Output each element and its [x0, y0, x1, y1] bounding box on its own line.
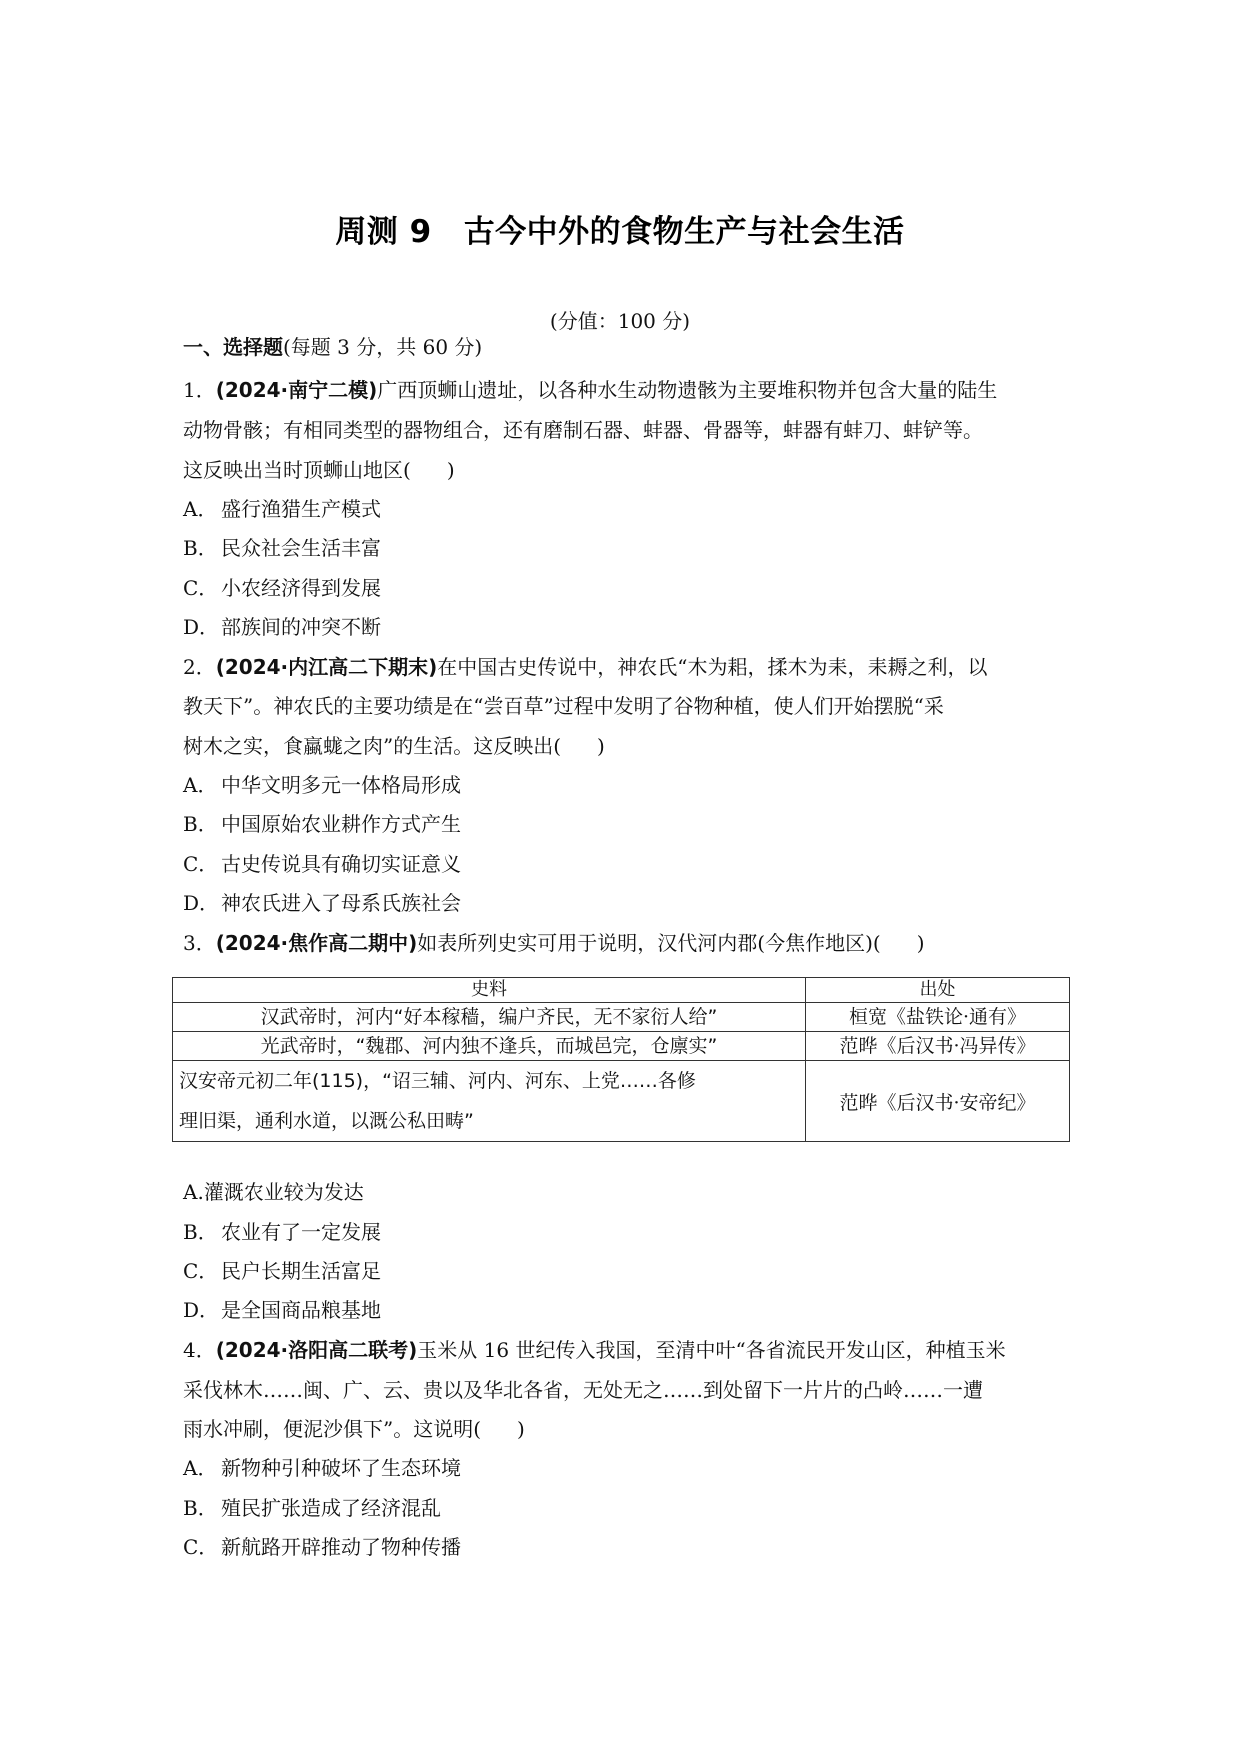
question-1-line-2: 动物骨骸；有相同类型的器物组合，还有磨制石器、蚌器、骨器等，蚌器有蚌刀、蚌铲等。 — [183, 418, 983, 442]
section-heading: 一、选择题 — [183, 335, 283, 359]
question-2-line-2: 教天下”。神农氏的主要功绩是在“尝百草”过程中发明了谷物种植，使人们开始摆脱“采 — [183, 694, 944, 718]
option-b[interactable]: B．中国原始农业耕作方式产生 — [183, 812, 461, 836]
table-header-row: 史料 出处 — [173, 978, 1070, 1003]
title-prefix: 周测 9 — [335, 214, 431, 250]
table-cell-source: 桓宽《盐铁论·通有》 — [806, 1003, 1070, 1032]
question-stem: 在中国古史传说中，神农氏“木为耜，揉木为耒，耒耨之利，以 — [437, 655, 987, 679]
question-4-line-2: 采伐林木……闽、广、云、贵以及华北各省，无处无之……到处留下一片片的凸岭……一遭 — [183, 1378, 983, 1402]
table-row: 汉武帝时，河内“好本稼穑，编户齐民，无不家衍人给” 桓宽《盐铁论·通有》 — [173, 1003, 1070, 1032]
question-2-line-3: 树木之实，食蠃蛖之肉”的生活。这反映出() — [183, 734, 605, 758]
section-heading-line: 一、选择题(每题 3 分，共 60 分) — [183, 335, 482, 359]
question-number: 3． — [183, 931, 216, 955]
question-number: 2． — [183, 655, 216, 679]
section-note: (每题 3 分，共 60 分) — [283, 335, 482, 359]
question-1-line-3: 这反映出当时顶蛳山地区() — [183, 458, 455, 482]
table-cell-material: 汉安帝元初二年(115)，“诏三辅、河内、河东、上党……各修理旧渠，通利水道，以… — [173, 1061, 806, 1142]
exam-page: 周测 9古今中外的食物生产与社会生活 (分值：100 分) 一、选择题(每题 3… — [0, 0, 1240, 1755]
table-header-material: 史料 — [173, 978, 806, 1003]
question-4-line-1: 4．(2024·洛阳高二联考)玉米从 16 世纪传入我国，至清中叶“各省流民开发… — [183, 1338, 1006, 1362]
option-c[interactable]: C．古史传说具有确切实证意义 — [183, 852, 461, 876]
option-d[interactable]: D．神农氏进入了母系氏族社会 — [183, 891, 461, 915]
option-d[interactable]: D．部族间的冲突不断 — [183, 615, 381, 639]
title-main: 古今中外的食物生产与社会生活 — [464, 214, 905, 250]
option-a[interactable]: A．中华文明多元一体格局形成 — [183, 773, 461, 797]
question-source: (2024·洛阳高二联考) — [216, 1338, 418, 1362]
question-stem: 广西顶蛳山遗址，以各种水生动物遗骸为主要堆积物并包含大量的陆生 — [377, 378, 997, 402]
option-a[interactable]: A.灌溉农业较为发达 — [183, 1180, 364, 1204]
score-note: (分值：100 分) — [0, 309, 1240, 333]
question-source: (2024·南宁二模) — [216, 378, 378, 402]
page-title: 周测 9古今中外的食物生产与社会生活 — [0, 206, 1240, 251]
question-source: (2024·内江高二下期末) — [216, 655, 438, 679]
table-cell-source: 范晔《后汉书·安帝纪》 — [806, 1061, 1070, 1142]
question-1-line-1: 1．(2024·南宁二模)广西顶蛳山遗址，以各种水生动物遗骸为主要堆积物并包含大… — [183, 378, 997, 402]
option-b[interactable]: B．民众社会生活丰富 — [183, 536, 381, 560]
table-row: 汉安帝元初二年(115)，“诏三辅、河内、河东、上党……各修理旧渠，通利水道，以… — [173, 1061, 1070, 1142]
option-c[interactable]: C．民户长期生活富足 — [183, 1259, 381, 1283]
question-3-line-1: 3．(2024·焦作高二期中)如表所列史实可用于说明，汉代河内郡(今焦作地区)(… — [183, 931, 925, 955]
table-cell-material: 汉武帝时，河内“好本稼穑，编户齐民，无不家衍人给” — [173, 1003, 806, 1032]
history-sources-table: 史料 出处 汉武帝时，河内“好本稼穑，编户齐民，无不家衍人给” 桓宽《盐铁论·通… — [172, 977, 1070, 1142]
question-number: 1． — [183, 378, 216, 402]
table-cell-material: 光武帝时，“魏郡、河内独不逢兵，而城邑完，仓廪实” — [173, 1032, 806, 1061]
question-stem: 玉米从 16 世纪传入我国，至清中叶“各省流民开发山区，种植玉米 — [417, 1338, 1005, 1362]
question-2-line-1: 2．(2024·内江高二下期末)在中国古史传说中，神农氏“木为耜，揉木为耒，耒耨… — [183, 655, 988, 679]
option-c[interactable]: C．新航路开辟推动了物种传播 — [183, 1535, 461, 1559]
option-d[interactable]: D．是全国商品粮基地 — [183, 1298, 381, 1322]
option-a[interactable]: A．盛行渔猎生产模式 — [183, 497, 381, 521]
question-source: (2024·焦作高二期中) — [216, 931, 418, 955]
question-4-line-3: 雨水冲刷，便泥沙俱下”。这说明() — [183, 1417, 525, 1441]
option-b[interactable]: B．农业有了一定发展 — [183, 1220, 381, 1244]
table-header-source: 出处 — [806, 978, 1070, 1003]
option-c[interactable]: C．小农经济得到发展 — [183, 576, 381, 600]
table-cell-source: 范晔《后汉书·冯异传》 — [806, 1032, 1070, 1061]
option-b[interactable]: B．殖民扩张造成了经济混乱 — [183, 1496, 441, 1520]
option-a[interactable]: A．新物种引种破坏了生态环境 — [183, 1456, 461, 1480]
question-number: 4． — [183, 1338, 216, 1362]
table-row: 光武帝时，“魏郡、河内独不逢兵，而城邑完，仓廪实” 范晔《后汉书·冯异传》 — [173, 1032, 1070, 1061]
question-stem: 如表所列史实可用于说明，汉代河内郡(今焦作地区)( — [417, 931, 880, 955]
